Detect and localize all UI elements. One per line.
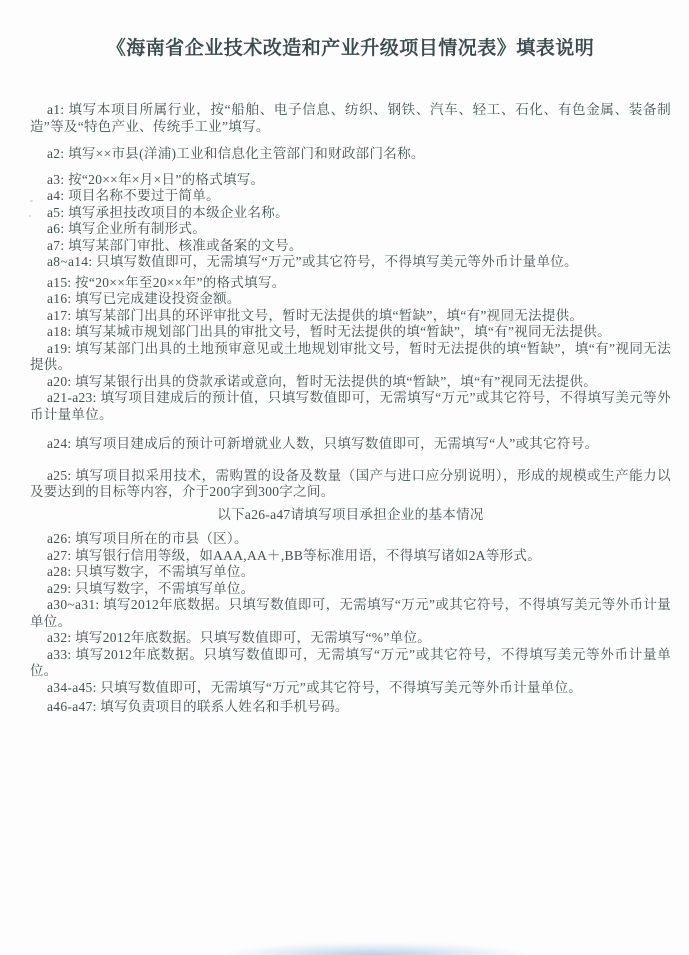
document-content: 《海南省企业技术改造和产业升级项目情况表》填表说明 a1: 填写本项目所属行业，… [30, 0, 671, 716]
instruction-a17: a17: 填写某部门出具的环评审批文号，暂时无法提供的填“暂缺”，填“有”视同无… [30, 308, 671, 325]
instruction-a29: a29: 只填写数字，不需填写单位。 [30, 581, 671, 598]
instruction-a20: a20: 填写某银行出具的贷款承诺或意向，暂时无法提供的填“暂缺”，填“有”视同… [30, 374, 671, 391]
section-note: 以下a26-a47请填写项目承担企业的基本情况 [30, 507, 671, 524]
instruction-a16: a16: 填写已完成建设投资金额。 [30, 291, 671, 308]
instruction-a1: a1: 填写本项目所属行业，按“船舶、电子信息、纺织、钢铁、汽车、轻工、石化、有… [30, 102, 671, 135]
instruction-a28: a28: 只填写数字，不需填写单位。 [30, 564, 671, 581]
instruction-a34-a45: a34-a45: 只填写数值即可，无需填写“万元”或其它符号，不得填写美元等外币… [30, 680, 671, 697]
instruction-a5: a5: 填写承担技改项目的本级企业名称。 [30, 205, 671, 222]
scan-smudge-bottom [225, 943, 525, 955]
instruction-a27: a27: 填写银行信用等级，如AAA,AA＋,BB等标准用语，不得填写诸如2A等… [30, 548, 671, 565]
instruction-a3: a3: 按“20××年×月×日”的格式填写。 [30, 172, 671, 189]
scan-speck [29, 215, 31, 217]
instruction-a18: a18: 填写某城市规划部门出具的审批文号，暂时无法提供的填“暂缺”，填“有”视… [30, 324, 671, 341]
instruction-a30-a31: a30~a31: 填写2012年底数据。只填写数值即可，无需填写“万元”或其它符… [30, 597, 671, 630]
instruction-a19: a19: 填写某部门出具的土地预审意见或土地规划审批文号，暂时无法提供的填“暂缺… [30, 341, 671, 374]
scan-smear [494, 315, 516, 326]
instruction-a7: a7: 填写某部门审批、核准或备案的文号。 [30, 238, 671, 255]
instruction-a15: a15: 按“20××年至20××年”的格式填写。 [30, 275, 671, 292]
instruction-a33: a33: 填写2012年底数据。只填写数值即可，无需填写“万元”或其它符号，不得… [30, 647, 671, 680]
instruction-a2: a2: 填写××市县(洋浦)工业和信息化主管部门和财政部门名称。 [30, 146, 671, 163]
scanned-document-page: 《海南省企业技术改造和产业升级项目情况表》填表说明 a1: 填写本项目所属行业，… [0, 0, 689, 955]
instruction-a8-a14: a8~a14: 只填写数值即可，无需填写“万元”或其它符号，不得填写美元等外币计… [30, 254, 671, 271]
instruction-a26: a26: 填写项目所在的市县（区）。 [30, 531, 671, 548]
instruction-a24: a24: 填写项目建成后的预计可新增就业人数，只填写数值即可，无需填写“人”或其… [30, 436, 671, 453]
instruction-a32: a32: 填写2012年底数据。只填写数值即可，无需填写“%”单位。 [30, 630, 671, 647]
instruction-a21-a23: a21-a23: 填写项目建成后的预计值，只填写数值即可，无需填写“万元”或其它… [30, 390, 671, 423]
instruction-a4: a4: 项目名称不要过于简单。 [30, 188, 671, 205]
doc-title: 《海南省企业技术改造和产业升级项目情况表》填表说明 [30, 37, 671, 61]
instruction-a6: a6: 填写企业所有制形式。 [30, 221, 671, 238]
scan-speck [30, 200, 33, 202]
instruction-a25: a25: 填写项目拟采用技术，需购置的设备及数量（国产与进口应分别说明），形成的… [30, 468, 671, 501]
instruction-a46-a47: a46-a47: 填写负责项目的联系人姓名和手机号码。 [30, 699, 671, 716]
